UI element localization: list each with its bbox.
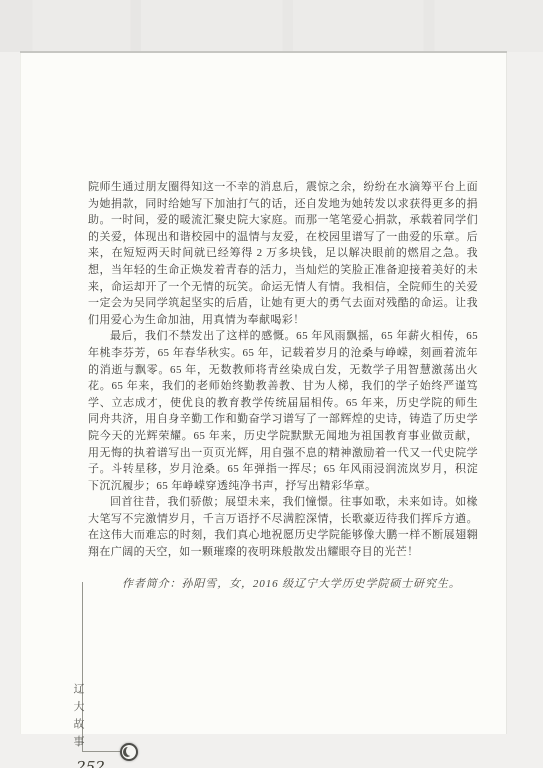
paragraph-continuation: 院师生通过朋友圈得知这一不幸的消息后，震惊之余，纷纷在水滴筹平台上面为她捐款，同… — [88, 179, 478, 328]
scanned-book-page: 院师生通过朋友圈得知这一不幸的消息后，震惊之余，纷纷在水滴筹平台上面为她捐款，同… — [0, 0, 543, 768]
paragraph-closing: 回首往昔，我们骄傲；展望未来，我们憧憬。往事如歌，未来如诗。如椽大笔写不完激情岁… — [88, 494, 478, 560]
clock-icon — [120, 743, 138, 761]
scan-background-strip — [0, 0, 543, 52]
sidebar-series-title: 辽大故事 — [70, 683, 86, 763]
sidebar-rule-horizontal — [82, 751, 120, 752]
page-number: 252 — [75, 758, 105, 768]
clock-icon-crescent-light — [126, 746, 135, 756]
paragraph-anniversary: 最后，我们不禁发出了这样的感慨。65 年风雨飘摇，65 年薪火相传，65 年桃李… — [88, 328, 478, 494]
page-body-text: 院师生通过朋友圈得知这一不幸的消息后，震惊之余，纷纷在水滴筹平台上面为她捐款，同… — [88, 179, 478, 592]
author-bio-line: 作者简介：孙阳雪，女，2016 级辽宁大学历史学院硕士研究生。 — [88, 576, 478, 593]
book-page-paper: 院师生通过朋友圈得知这一不幸的消息后，震惊之余，纷纷在水滴筹平台上面为她捐款，同… — [20, 51, 507, 734]
